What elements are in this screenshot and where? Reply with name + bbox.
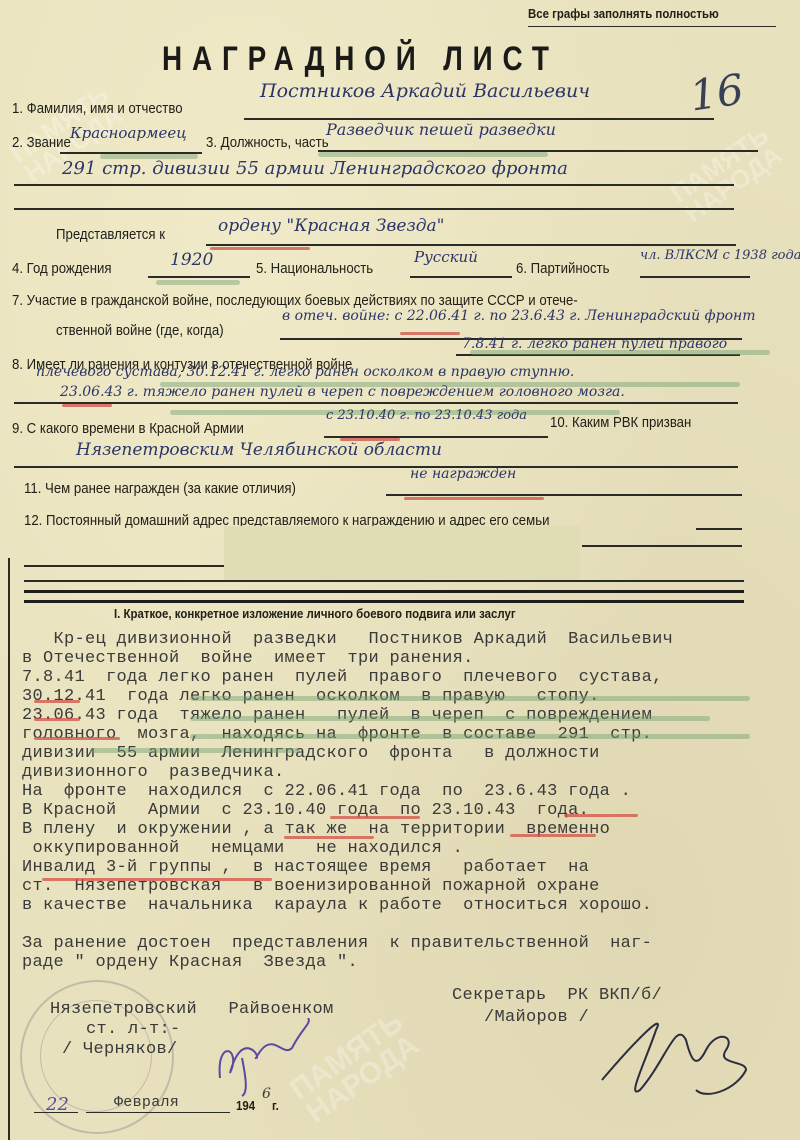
signature-right xyxy=(596,1000,756,1110)
divider xyxy=(24,590,744,593)
field-line xyxy=(696,528,742,530)
underline-mark xyxy=(62,404,112,407)
field-line xyxy=(582,545,742,547)
date-month: Февраля xyxy=(114,1094,179,1111)
divider xyxy=(24,600,744,603)
field-value-nationality: Русский xyxy=(414,248,478,266)
highlight xyxy=(190,734,750,739)
field-value-army-since: с 23.10.40 г. по 23.10.43 года xyxy=(326,408,527,423)
field-line xyxy=(34,1112,78,1113)
field-label-participation-2: ственной войне (где, когда) xyxy=(56,322,224,339)
citation-line: в Отечественной войне имеет три ранения. xyxy=(22,649,673,668)
file-number: 16 xyxy=(687,65,747,121)
underline-mark xyxy=(330,816,420,819)
underline-mark xyxy=(210,247,310,250)
field-value-award: ордену "Красная Звезда" xyxy=(218,216,444,236)
citation-line xyxy=(22,915,673,934)
field-value-name: Постников Аркадий Васильевич xyxy=(260,80,590,102)
highlight xyxy=(318,152,548,157)
margin-line xyxy=(8,558,10,1140)
field-value-rvk: Нязепетровским Челябинской области xyxy=(76,440,442,460)
field-label-birth-year: 4. Год рождения xyxy=(12,260,112,277)
underline-mark xyxy=(34,737,120,740)
divider xyxy=(528,26,776,27)
field-value-position: Разведчик пешей разведки xyxy=(326,120,556,139)
citation-body: Кр-ец дивизионной разведки Постников Арк… xyxy=(22,630,673,972)
signer-left-title: Нязепетровский Райвоенком xyxy=(50,1000,334,1019)
field-line xyxy=(14,402,738,404)
citation-line: оккупированной немцами не находился . xyxy=(22,839,673,858)
field-label-position: 3. Должность, часть xyxy=(206,134,329,151)
citation-line: За ранение достоен представления к прави… xyxy=(22,934,673,953)
field-line xyxy=(86,1112,230,1113)
highlight xyxy=(190,696,750,701)
page-title: НАГРАДНОЙ ЛИСТ xyxy=(162,40,559,79)
field-line xyxy=(386,494,742,496)
underline-mark xyxy=(42,878,272,881)
field-value-party: чл. ВЛКСМ с 1938 года xyxy=(640,248,800,263)
underline-mark xyxy=(564,814,638,817)
divider xyxy=(14,208,734,210)
field-label-rank: 2. Звание xyxy=(12,134,71,151)
field-value-unit: 291 стр. дивизии 55 армии Ленинградского… xyxy=(62,158,568,179)
field-label-previous-awards: 11. Чем ранее награжден (за какие отличи… xyxy=(24,480,296,497)
field-line xyxy=(14,466,738,468)
signer-right-name: /Майоров / xyxy=(484,1008,589,1027)
citation-line: Кр-ец дивизионной разведки Постников Арк… xyxy=(22,630,673,649)
field-line xyxy=(410,276,512,278)
citation-line: раде " ордену Красная Звезда ". xyxy=(22,953,673,972)
field-value-wounds-3: 23.06.43 г. тяжело ранен пулей в череп с… xyxy=(60,384,625,400)
date-g: г. xyxy=(272,1098,279,1113)
underline-mark xyxy=(284,836,374,839)
highlight xyxy=(190,716,710,721)
section-heading: I. Краткое, конкретное изложение личного… xyxy=(114,606,516,621)
highlight xyxy=(470,350,770,355)
field-value-wounds-2: плечевого сустава, 30.12.41 г. легко ран… xyxy=(36,364,574,380)
citation-line: дивизионного разведчика. xyxy=(22,763,673,782)
field-label-nationality: 5. Национальность xyxy=(256,260,373,277)
field-line xyxy=(640,276,750,278)
citation-line: дивизии 55 армии Ленинградского фронта в… xyxy=(22,744,673,763)
field-value-birth-year: 1920 xyxy=(170,250,213,270)
field-line xyxy=(148,276,250,278)
field-value-participation: в отеч. войне: с 22.06.41 г. по 23.6.43 … xyxy=(282,308,756,324)
citation-line: На фронте находился с 22.06.41 года по 2… xyxy=(22,782,673,801)
field-value-previous-awards: не награжден xyxy=(410,466,516,482)
field-label-army-since: 9. С какого времени в Красной Армии xyxy=(12,420,244,437)
field-label-participation: 7. Участие в гражданской войне, последую… xyxy=(12,292,578,309)
date-year-prefix: 194 xyxy=(236,1098,255,1113)
field-line xyxy=(14,184,734,186)
instruction-text: Все графы заполнять полностью xyxy=(528,6,719,21)
underline-mark xyxy=(400,332,460,335)
field-value-rank: Красноармеец xyxy=(70,124,187,142)
signer-left-name: / Черняков/ xyxy=(62,1040,178,1059)
underline-mark xyxy=(404,497,544,500)
highlight xyxy=(156,280,240,285)
field-label-rvk: 10. Каким РВК призван xyxy=(550,414,691,431)
citation-line: в качестве начальника караула к работе о… xyxy=(22,896,673,915)
signer-left-rank: ст. л-т:- xyxy=(86,1020,181,1039)
underline-mark xyxy=(34,718,80,721)
field-label-award: Представляется к xyxy=(56,226,165,243)
field-line xyxy=(206,244,736,246)
field-label-name: 1. Фамилия, имя и отчество xyxy=(12,100,183,117)
citation-line: Инвалид 3-й группы , в настоящее время р… xyxy=(22,858,673,877)
underline-mark xyxy=(34,700,80,703)
underline-mark xyxy=(510,834,596,837)
field-line xyxy=(24,565,224,567)
highlight xyxy=(90,748,300,753)
field-label-party: 6. Партийность xyxy=(516,260,610,277)
date-year-suffix: 6 xyxy=(262,1086,271,1102)
redacted-address xyxy=(224,526,580,580)
divider xyxy=(24,580,744,582)
citation-line: 7.8.41 года легко ранен пулей правого пл… xyxy=(22,668,673,687)
